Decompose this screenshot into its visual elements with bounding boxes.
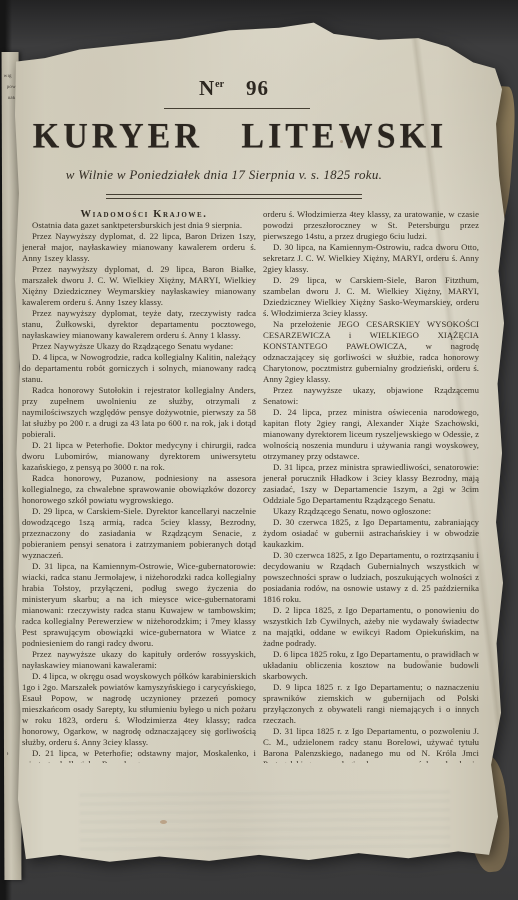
news-paragraph: Przez naywyższy dyplomat, d. 29 lipca, B… — [22, 264, 256, 308]
paper-stain — [340, 140, 343, 143]
news-paragraph: D. 31 lipca, przez ministra sprawiedliwo… — [263, 462, 479, 506]
paper-stain — [160, 820, 167, 824]
news-paragraph: Przez naywyższy dyplomat, teyże daty, rz… — [22, 308, 256, 341]
issue-number-value: 96 — [246, 76, 269, 100]
news-paragraph: Ostatnia data gazet sanktpetersburskich … — [22, 220, 256, 231]
news-paragraph: Przez Naywyższe Ukazy do Rządzącego Sena… — [22, 341, 256, 352]
news-paragraph: D. 30 lipca, na Kamiennym-Ostrowiu, radc… — [263, 242, 479, 275]
news-paragraph: D. 29 lipca, w Carskiem-Siele, Baron Fit… — [263, 275, 479, 319]
newspaper-page-wrap: Ner96 KURYER LITEWSKI w Wilnie w Poniedz… — [0, 0, 518, 900]
news-paragraph: D. 30 czerwca 1825, z Igo Departamentu, … — [263, 550, 479, 605]
news-paragraph: Na przełożenie JEGO CESARSKIEY WYSOKOŚCI… — [263, 319, 479, 385]
news-paragraph: Przez naywyższe ukazy, objawione Rządząc… — [263, 385, 479, 407]
masthead-dateline: w Wilnie w Poniedziałek dnia 17 Sierpnia… — [22, 167, 426, 183]
news-paragraph: D. 21 lipca w Peterhofie. Doktor medycyn… — [22, 440, 256, 473]
news-paragraph: orderu ś. Włodzimierza 4tey klassy, za u… — [263, 209, 479, 242]
issue-label-sup: er — [215, 79, 224, 90]
page-content: Ner96 KURYER LITEWSKI w Wilnie w Poniedz… — [10, 20, 486, 763]
left-column: Wiadomości Krajowe. Ostatnia data gazet … — [22, 209, 256, 763]
news-paragraph: D. 30 czerwca 1825, z Igo Departamentu, … — [263, 517, 479, 550]
news-paragraph: Radca honorowy Sutołokin i rejestrator k… — [22, 385, 256, 440]
news-paragraph: D. 24 lipca, przez ministra oświecenia n… — [263, 407, 479, 462]
paper-stain — [425, 660, 429, 663]
news-paragraph: D. 4 lipca, w Nowogrodzie, radca kollegi… — [22, 352, 256, 385]
masthead-double-rule — [106, 194, 362, 199]
issue-number: Ner96 — [22, 76, 446, 101]
issue-label: N — [199, 76, 215, 100]
news-paragraph: D. 31 lipca 1825 r. z Igo Departamentu, … — [263, 726, 479, 763]
news-paragraph: D. 21 lipca, w Peterhofie; odstawny majo… — [22, 748, 256, 763]
section-heading-wiadomosci-krajowe: Wiadomości Krajowe. — [22, 209, 256, 220]
news-paragraph: Ukazy Rządzącego Senatu, nowo ogłoszone: — [263, 506, 479, 517]
issue-rule — [164, 108, 310, 109]
scan-background: wig pow nak ł Ner96 KURYER LITEWSKI w Wi… — [0, 0, 518, 900]
news-paragraph: D. 4 lipca, w okręgu osad woyskowych pół… — [22, 671, 256, 748]
news-paragraph: D. 31 lipca, na Kamiennym-Ostrowie, Wice… — [22, 561, 256, 649]
page-title: KURYER LITEWSKI — [22, 117, 458, 157]
news-paragraph: Przez naywyższe ukazy do kapituły orderó… — [22, 649, 256, 671]
news-paragraph: Radca honorowy, Puzanow, podniesiony na … — [22, 473, 256, 506]
news-paragraph: D. 29 lipca, w Carskiem-Siele. Dyrektor … — [22, 506, 256, 561]
article-columns: Wiadomości Krajowe. Ostatnia data gazet … — [22, 209, 486, 763]
news-paragraph: D. 2 lipca 1825, z Igo Departamentu, o p… — [263, 605, 479, 649]
news-paragraph: D. 9 lipca 1825 r. z Igo Departamentu; o… — [263, 682, 479, 726]
newspaper-page: Ner96 KURYER LITEWSKI w Wilnie w Poniedz… — [10, 20, 508, 886]
right-column: orderu ś. Włodzimierza 4tey klassy, za u… — [263, 209, 479, 763]
news-paragraph: D. 6 lipca 1825 roku, z Igo Departamentu… — [263, 649, 479, 682]
reverse-side-showthrough — [80, 790, 451, 853]
news-paragraph: Przez Naywyższy dyplomat, d. 22 lipca, B… — [22, 231, 256, 264]
